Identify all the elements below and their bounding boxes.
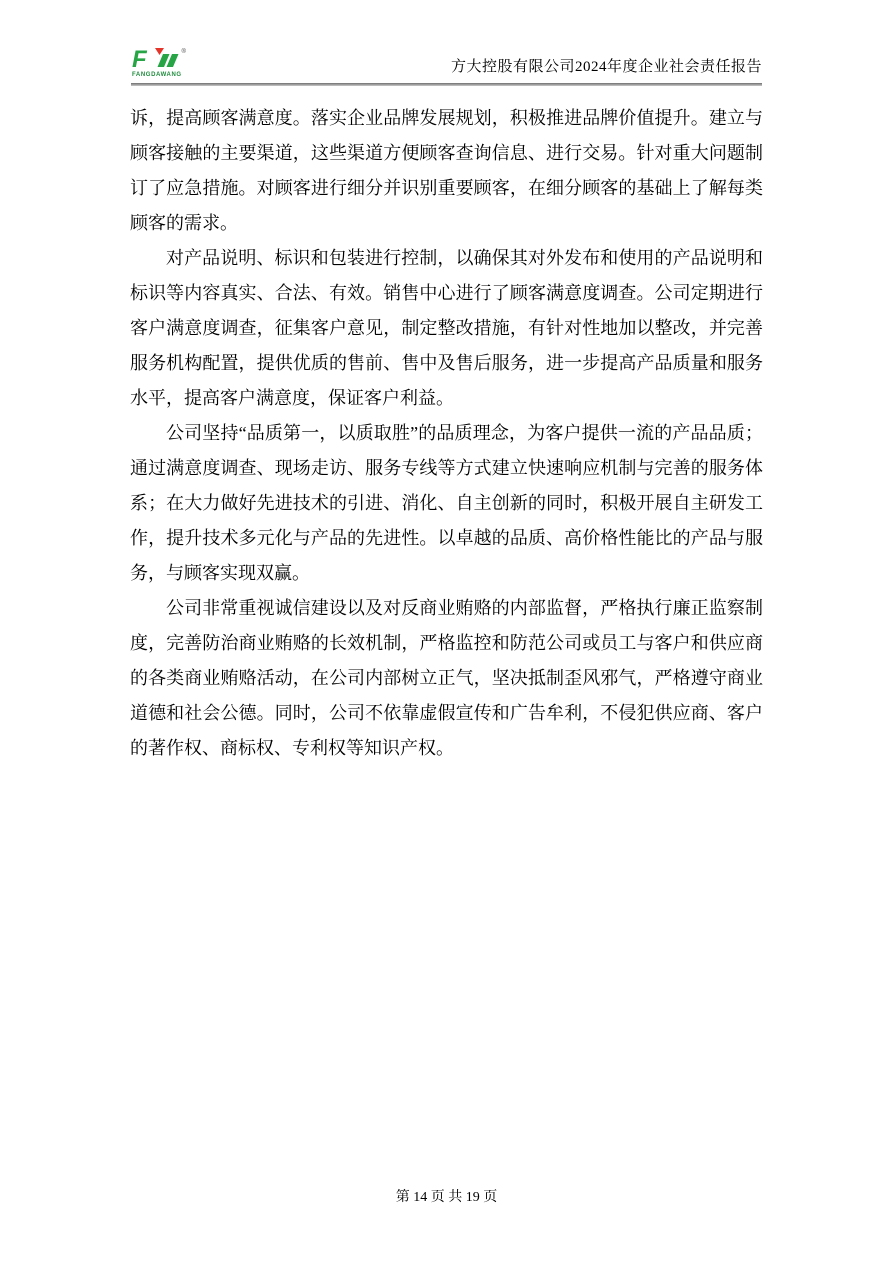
company-logo: F ® FANGDAWANG bbox=[132, 47, 190, 79]
page-footer: 第 14 页 共 19 页 bbox=[0, 1188, 893, 1208]
logo-letter-f: F bbox=[132, 47, 148, 71]
paragraph-3: 公司坚持“品质第一，以质取胜”的品质理念，为客户提供一流的产品品质；通过满意度调… bbox=[130, 416, 763, 591]
document-body: 诉，提高顾客满意度。落实企业品牌发展规划，积极推进品牌价值提升。建立与顾客接触的… bbox=[130, 101, 763, 766]
registered-trademark-icon: ® bbox=[182, 48, 187, 55]
fangdawang-logo-icon: F ® bbox=[132, 47, 190, 71]
page-number: 第 14 页 共 19 页 bbox=[396, 1190, 498, 1205]
logo-red-triangle-icon bbox=[155, 48, 164, 55]
logo-brand-name: FANGDAWANG bbox=[132, 72, 190, 79]
header-divider bbox=[131, 83, 762, 86]
paragraph-4: 公司非常重视诚信建设以及对反商业贿赂的内部监督，严格执行廉正监察制度，完善防治商… bbox=[130, 591, 763, 766]
report-title: 方大控股有限公司2024年度企业社会责任报告 bbox=[451, 57, 762, 78]
paragraph-2: 对产品说明、标识和包装进行控制，以确保其对外发布和使用的产品说明和标识等内容真实… bbox=[130, 241, 763, 416]
paragraph-1: 诉，提高顾客满意度。落实企业品牌发展规划，积极推进品牌价值提升。建立与顾客接触的… bbox=[130, 101, 763, 241]
document-page: F ® FANGDAWANG 方大控股有限公司2024年度企业社会责任报告 诉，… bbox=[0, 0, 893, 1263]
